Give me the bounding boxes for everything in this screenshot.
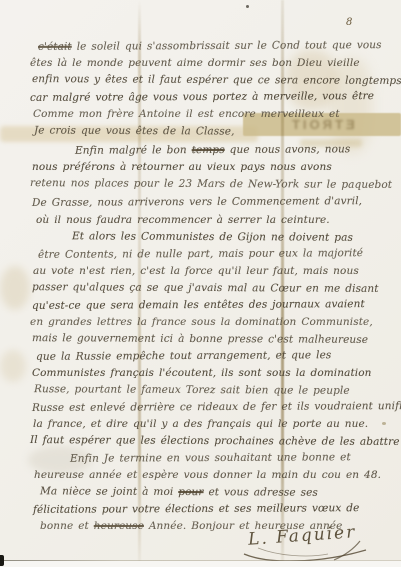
handwriting-text: Ma nièce se joint à moi (40, 485, 178, 498)
handwriting-text: bonne et (40, 520, 94, 532)
handwriting-text: mais le gouvernement ici à bonne presse … (32, 332, 368, 346)
struck-word: temps (192, 144, 225, 156)
handwriting-line: Il faut espérer que les élections procha… (30, 434, 400, 448)
handwriting-line: la france, et dire qu'il y a des françai… (33, 418, 368, 430)
handwriting-line: que la Russie empêche tout arrangement, … (36, 349, 331, 363)
handwriting-line: où il nous faudra recommencer à serrer l… (36, 214, 330, 226)
handwriting-text: Je crois que vous êtes de la Classe, (34, 124, 235, 137)
ink-dot (382, 422, 386, 425)
handwriting-text: en grandes lettres la france sous la dom… (30, 316, 373, 328)
handwriting-line: Russe, pourtant le fameux Torez sait bie… (34, 383, 350, 397)
handwriting-text: Russe, pourtant le fameux Torez sait bie… (34, 383, 350, 397)
handwriting-text: qu'est-ce que sera demain les entêtes de… (32, 298, 365, 312)
stain (330, 58, 372, 153)
handwriting-text: Enfin malgré le bon (75, 144, 192, 157)
handwriting-line: car malgré votre âge vous vous portez à … (30, 90, 374, 104)
handwriting-line: Je crois que vous êtes de la Classe, (34, 124, 235, 137)
scan-corner-mark (0, 555, 4, 566)
handwriting-text: Il faut espérer que les élections procha… (30, 434, 400, 448)
handwriting-text: heureuse année et espère vous donner la … (34, 469, 381, 481)
handwriting-text: nous préférons à retourner au vieux pays… (32, 161, 332, 173)
handwriting-line: De Grasse, nous arriverons vers le Comme… (32, 195, 362, 209)
handwriting-text: que la Russie empêche tout arrangement, … (36, 349, 331, 363)
struck-word: c'était (38, 41, 72, 53)
stain (0, 266, 30, 310)
page-number-mark: 8 (346, 17, 352, 28)
handwriting-text: Comme mon frère Antoine il est encore me… (33, 108, 340, 120)
handwriting-line: qu'est-ce que sera demain les entêtes de… (32, 298, 365, 312)
handwriting-text: Communistes français l'écoutent, ils son… (32, 367, 372, 379)
handwriting-line: enfin vous y êtes et il faut espérer que… (32, 73, 401, 87)
handwriting-text: le soleil qui s'assombrissait sur le Con… (72, 39, 382, 53)
handwriting-text: et vous adresse ses (203, 486, 317, 499)
handwriting-line: Comme mon frère Antoine il est encore me… (33, 108, 340, 120)
handwriting-text: félicitations pour votre élections et se… (33, 502, 359, 516)
signature-flourish (238, 540, 398, 561)
handwriting-line: nous préférons à retourner au vieux pays… (32, 161, 332, 173)
handwriting-line: au vote n'est rien, c'est la force qu'il… (33, 265, 359, 277)
handwriting-text: Russe est enlevé derrière ce rideaux de … (32, 400, 401, 414)
handwriting-line: mais le gouvernement ici à bonne presse … (32, 332, 368, 346)
handwriting-text: où il nous faudra recommencer à serrer l… (36, 214, 330, 226)
handwriting-line: Et alors les Communistes de Gijon ne doi… (72, 230, 353, 243)
struck-word: heureuse (94, 520, 144, 532)
handwriting-line: retenu nos places pour le 23 Mars de New… (30, 177, 392, 191)
handwriting-text: Enfin Je termine en vous souhaitant une … (70, 451, 351, 464)
handwriting-line: passer qu'alques ça se que j'avais mal a… (32, 281, 379, 295)
handwriting-text: la france, et dire qu'il y a des françai… (33, 418, 368, 430)
handwriting-text: car malgré votre âge vous vous portez à … (30, 90, 374, 104)
handwriting-text: De Grasse, nous arriverons vers le Comme… (32, 195, 362, 209)
struck-word: pour (178, 486, 203, 498)
handwriting-text: que nous avons, nous (225, 143, 351, 156)
ink-dot (246, 5, 249, 8)
scan-margin (0, 561, 401, 567)
handwriting-text: êtes là le monde peuvent aime dormir ses… (30, 57, 360, 69)
handwriting-line: félicitations pour votre élections et se… (33, 502, 359, 516)
handwriting-line: Ma nièce se joint à moi pour et vous adr… (40, 485, 318, 498)
handwriting-text: Et alors les Communistes de Gijon ne doi… (72, 230, 353, 243)
handwriting-line: c'était le soleil qui s'assombrissait su… (38, 39, 382, 53)
stain (0, 350, 26, 382)
handwriting-line: en grandes lettres la france sous la dom… (30, 316, 373, 328)
handwriting-line: êtes là le monde peuvent aime dormir ses… (30, 57, 360, 69)
letter-page: ETROIT 8 c'était le soleil qui s'assombr… (0, 0, 401, 561)
handwriting-line: Enfin malgré le bon temps que nous avons… (75, 143, 350, 156)
handwriting-text: au vote n'est rien, c'est la force qu'il… (33, 265, 359, 277)
handwriting-line: Communistes français l'écoutent, ils son… (32, 367, 372, 379)
handwriting-text: être Contents, ni de nulle part, mais po… (38, 247, 363, 261)
handwriting-text: retenu nos places pour le 23 Mars de New… (30, 177, 392, 191)
handwriting-line: Russe est enlevé derrière ce rideaux de … (32, 400, 401, 414)
handwriting-line: heureuse année et espère vous donner la … (34, 469, 381, 481)
handwriting-text: passer qu'alques ça se que j'avais mal a… (32, 281, 379, 295)
handwriting-text: enfin vous y êtes et il faut espérer que… (32, 73, 401, 87)
handwriting-line: être Contents, ni de nulle part, mais po… (38, 247, 363, 261)
handwriting-line: Enfin Je termine en vous souhaitant une … (70, 451, 351, 464)
